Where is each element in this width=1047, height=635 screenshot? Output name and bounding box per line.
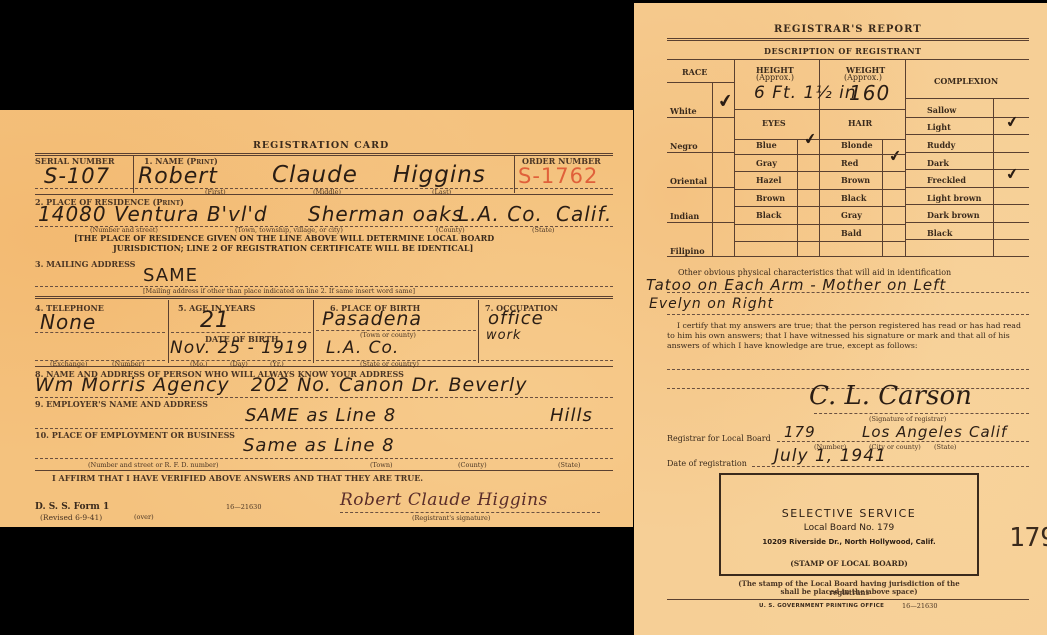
- complexion-ruddy: Ruddy: [927, 140, 955, 150]
- hair-red-check-icon: ✔: [888, 146, 904, 166]
- race-white: White: [670, 106, 697, 116]
- eyes-hazel: Hazel: [756, 175, 781, 185]
- printer-label: U. S. GOVERNMENT PRINTING OFFICE: [759, 603, 884, 609]
- rule: [35, 470, 613, 471]
- complexion-dark-brown: Dark brown: [927, 210, 980, 220]
- form-name: D. S. S. Form 1: [35, 502, 109, 512]
- state-sublabel: (State): [532, 226, 554, 234]
- employer-extra: Hills: [550, 405, 593, 426]
- race-oriental: Oriental: [670, 176, 707, 186]
- mailing-address-value: SAME: [143, 265, 198, 286]
- dotted-line: [35, 458, 613, 459]
- affirmation-text: I AFFIRM THAT I HAVE VERIFIED ABOVE ANSW…: [52, 473, 423, 483]
- registrar-signature: C. L. Carson: [809, 381, 972, 411]
- last-name-value: Higgins: [393, 162, 486, 188]
- rule: [905, 98, 1029, 99]
- street-rfd-sublabel: (Number and street or R. F. D. number): [88, 461, 219, 469]
- county-sublabel: (County): [458, 461, 487, 469]
- height-value: 6 Ft. 1½ in: [754, 83, 857, 103]
- dotted-line: [667, 314, 1029, 315]
- complexion-light-brown: Light brown: [927, 193, 981, 203]
- divider: [993, 98, 994, 256]
- table-bottom-rule: [667, 256, 1029, 257]
- contact-person-value: Wm Morris Agency 202 No. Canon Dr. Bever…: [35, 374, 527, 396]
- employment-place-label: 10. PLACE OF EMPLOYMENT OR BUSINESS: [35, 430, 235, 440]
- rule: [905, 222, 1029, 223]
- weight-value: 160: [849, 81, 890, 105]
- rule: [667, 152, 734, 153]
- complexion-freckled: Freckled: [927, 175, 966, 185]
- rule: [667, 38, 1029, 41]
- printer-code: 16—21630: [902, 602, 937, 610]
- dotted-line: [667, 292, 1029, 293]
- hair-black: Black: [841, 193, 866, 203]
- date-of-registration-label: Date of registration: [667, 459, 747, 468]
- occupation-line1: office: [488, 308, 544, 329]
- local-board-state: Calif: [969, 423, 1007, 441]
- complexion-freckled-check-icon: ✔: [1005, 164, 1021, 184]
- complexion-light-check-icon: ✔: [1005, 112, 1021, 132]
- rule: [35, 296, 613, 299]
- divider: [734, 59, 735, 256]
- local-board-stamp: SELECTIVE SERVICE Local Board No. 179 10…: [719, 473, 979, 576]
- signature-label: (Registrant's signature): [412, 514, 490, 522]
- residence-notice-2: JURISDICTION; LINE 2 OF REGISTRATION CER…: [113, 243, 473, 253]
- hair-gray: Gray: [841, 210, 862, 220]
- margin-number: 179: [1009, 523, 1047, 553]
- residence-town-value: Sherman oaks: [308, 202, 463, 226]
- employment-place-value: Same as Line 8: [243, 435, 395, 456]
- hair-brown: Brown: [841, 175, 870, 185]
- divider: [478, 300, 479, 363]
- rule: [35, 366, 613, 367]
- over-label: (over): [134, 513, 154, 521]
- divider: [882, 139, 883, 256]
- eyes-blue: Blue: [756, 140, 777, 150]
- rule: [905, 134, 1029, 135]
- rule: [667, 222, 734, 223]
- registrar-signature-label: (Signature of registrar): [869, 415, 946, 423]
- hair-red: Red: [841, 158, 858, 168]
- complexion-sallow: Sallow: [927, 105, 956, 115]
- rule: [905, 152, 1029, 153]
- dotted-line: [667, 369, 1029, 370]
- mailing-address-label: 3. MAILING ADDRESS: [35, 259, 135, 269]
- card-title: REGISTRATION CARD: [253, 140, 389, 151]
- dotted-line: [777, 441, 1029, 442]
- rule: [667, 59, 1029, 60]
- employer-label: 9. EMPLOYER'S NAME AND ADDRESS: [35, 399, 208, 409]
- rule: [667, 187, 734, 188]
- eyes-header: EYES: [762, 118, 786, 128]
- hair-blonde: Blonde: [841, 140, 873, 150]
- form-revised: (Revised 6-9-41): [40, 513, 102, 522]
- divider: [712, 82, 713, 256]
- race-negro: Negro: [670, 141, 698, 151]
- local-board-label: Registrar for Local Board: [667, 434, 771, 443]
- rule: [734, 224, 905, 225]
- place-of-birth-town: Pasadena: [322, 308, 422, 330]
- serial-number-value: S-107: [44, 164, 110, 188]
- residence-notice-1: [THE PLACE OF RESIDENCE GIVEN ON THE LIN…: [74, 233, 494, 243]
- employer-value: SAME as Line 8: [245, 405, 396, 426]
- report-title: REGISTRAR'S REPORT: [774, 24, 922, 35]
- rule: [734, 154, 905, 155]
- stamp-note-2: shall be placed in the above space): [719, 587, 979, 596]
- eyes-brown: Brown: [756, 193, 785, 203]
- dotted-line: [171, 332, 311, 333]
- divider: [168, 300, 169, 363]
- height-sub: (Approx.): [756, 73, 794, 82]
- rule: [667, 82, 734, 83]
- dotted-line: [814, 413, 1029, 414]
- rule: [734, 241, 905, 242]
- dotted-line: [35, 428, 613, 429]
- rule: [35, 194, 613, 195]
- divider: [797, 139, 798, 256]
- eyes-black: Black: [756, 210, 781, 220]
- dotted-line: [35, 397, 613, 398]
- state-sublabel: (State): [558, 461, 580, 469]
- rule: [667, 117, 734, 118]
- rule: [734, 206, 905, 207]
- occupation-line2: work: [486, 328, 521, 343]
- stamp-line3: 10209 Riverside Dr., North Hollywood, Ca…: [721, 538, 977, 546]
- stamp-line1: SELECTIVE SERVICE: [721, 507, 977, 520]
- dotted-line: [481, 360, 613, 361]
- eyes-blue-check-icon: ✔: [803, 129, 819, 149]
- age-value: 21: [200, 308, 230, 333]
- race-header: RACE: [682, 67, 707, 77]
- race-white-check-icon: ✔: [716, 90, 735, 113]
- race-filipino: Filipino: [670, 246, 705, 256]
- stamp-line2: Local Board No. 179: [721, 523, 977, 533]
- complexion-dark: Dark: [927, 158, 949, 168]
- rule: [905, 187, 1029, 188]
- complexion-light: Light: [927, 122, 951, 132]
- residence-county-value: L.A. Co.: [458, 202, 543, 226]
- mailing-address-note: [Mailing address if other than place ind…: [143, 287, 415, 295]
- rule: [667, 599, 1029, 600]
- eyes-gray: Gray: [756, 158, 777, 168]
- residence-state-value: Calif.: [556, 202, 612, 226]
- divider: [313, 300, 314, 363]
- date-of-registration-value: July 1, 1941: [774, 446, 887, 466]
- stamp-caption: (STAMP OF LOCAL BOARD): [721, 559, 977, 568]
- middle-name-value: Claude: [272, 162, 358, 188]
- complexion-header: COMPLEXION: [934, 76, 998, 86]
- hair-bald: Bald: [841, 228, 862, 238]
- local-board-number: 179: [784, 423, 816, 441]
- registration-card-front: REGISTRATION CARD SERIAL NUMBER 1. NAME …: [0, 110, 633, 527]
- hair-header: HAIR: [848, 118, 872, 128]
- registrant-signature: Robert Claude Higgins: [340, 490, 548, 510]
- date-of-birth-value: Nov. 25 - 1919: [170, 338, 308, 358]
- rule: [905, 239, 1029, 240]
- divider: [905, 59, 906, 256]
- complexion-black: Black: [927, 228, 952, 238]
- dotted-line: [35, 332, 165, 333]
- telephone-value: None: [40, 310, 96, 334]
- place-of-birth-state: L.A. Co.: [326, 338, 399, 358]
- first-name-value: Robert: [138, 164, 218, 189]
- race-indian: Indian: [670, 211, 699, 221]
- dotted-line: [340, 512, 600, 513]
- registrars-report-back: REGISTRAR'S REPORT DESCRIPTION OF REGIST…: [634, 3, 1047, 635]
- description-subtitle: DESCRIPTION OF REGISTRANT: [764, 46, 921, 56]
- state-sublabel: (State): [934, 443, 956, 451]
- rule: [734, 109, 905, 110]
- residence-street-value: 14080 Ventura B'vl'd: [38, 202, 268, 226]
- town-sublabel: (Town): [370, 461, 393, 469]
- other-characteristics-line2: Evelyn on Right: [649, 296, 774, 312]
- local-board-city: Los Angeles: [862, 423, 963, 441]
- rule: [734, 171, 905, 172]
- certification-text: I certify that my answers are true; that…: [667, 321, 1029, 351]
- rule: [734, 189, 905, 190]
- form-print-code: 16—21630: [226, 503, 261, 511]
- dotted-line: [752, 466, 1029, 467]
- rule: [905, 204, 1029, 205]
- order-number-value: S-1762: [518, 164, 598, 188]
